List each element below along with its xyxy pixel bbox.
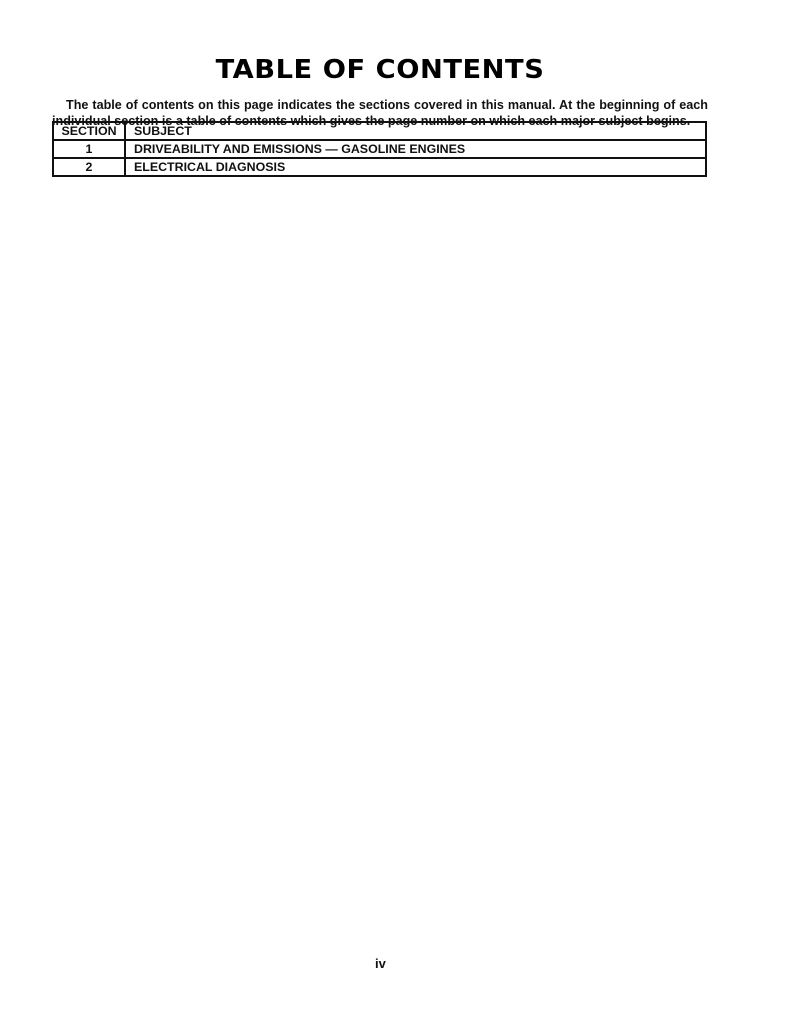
- section-subject: ELECTRICAL DIAGNOSIS: [125, 158, 706, 176]
- section-subject: DRIVEABILITY AND EMISSIONS — GASOLINE EN…: [125, 140, 706, 158]
- table-row: 1 DRIVEABILITY AND EMISSIONS — GASOLINE …: [53, 140, 706, 158]
- section-number: 2: [53, 158, 125, 176]
- section-header: SECTION: [53, 122, 125, 140]
- subject-header: SUBJECT: [125, 122, 706, 140]
- section-number: 1: [53, 140, 125, 158]
- table-header-row: SECTION SUBJECT: [53, 122, 706, 140]
- table-row: 2 ELECTRICAL DIAGNOSIS: [53, 158, 706, 176]
- page-number: iv: [375, 956, 386, 971]
- page-title: TABLE OF CONTENTS: [0, 55, 779, 85]
- contents-table: SECTION SUBJECT 1 DRIVEABILITY AND EMISS…: [52, 121, 707, 177]
